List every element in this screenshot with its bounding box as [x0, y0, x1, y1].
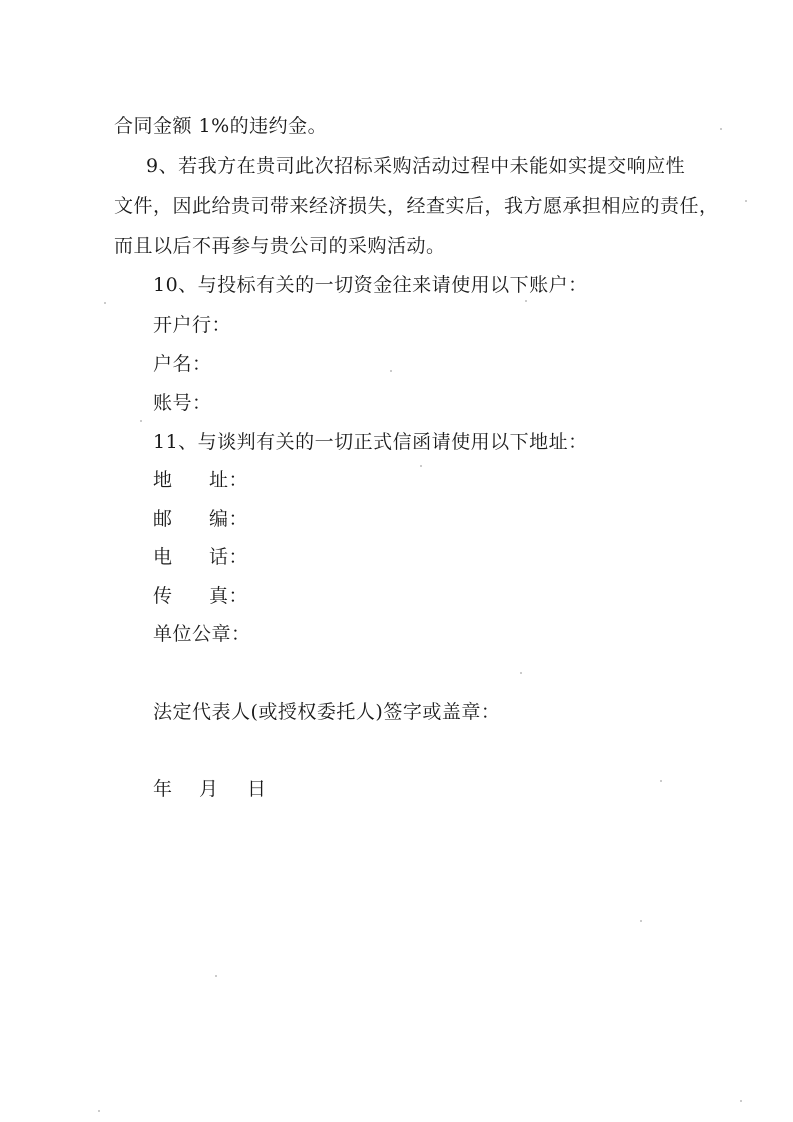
label-char-2: 真：: [209, 585, 248, 607]
scan-speck: [215, 975, 217, 977]
account-number-field-label: 账号：: [153, 391, 212, 415]
scan-speck: [420, 465, 422, 467]
date-month: 月: [199, 777, 247, 801]
label-char-2: 话：: [209, 546, 248, 568]
paragraph-8-tail: 合同金额 1%的违约金。: [114, 114, 327, 138]
scan-speck: [740, 1100, 742, 1102]
scan-speck: [98, 1110, 100, 1112]
scan-speck: [745, 200, 747, 202]
scan-speck: [520, 672, 522, 674]
scan-speck: [390, 370, 392, 372]
scan-speck: [720, 128, 722, 130]
date-year: 年: [153, 777, 199, 801]
date-day: 日: [247, 777, 267, 801]
scan-speck: [104, 302, 106, 304]
date-line: 年月日: [153, 777, 267, 801]
paragraph-9-line-2: 文件，因此给贵司带来经济损失，经查实后，我方愿承担相应的责任，: [114, 194, 719, 218]
address-field-label: 地址：: [153, 468, 248, 492]
label-char-1: 邮: [153, 507, 209, 531]
scan-speck: [525, 300, 527, 302]
scan-speck: [640, 920, 642, 922]
label-char-2: 址：: [209, 469, 248, 491]
paragraph-9-line-1: 9、若我方在贵司此次招标采购活动过程中未能如实提交响应性: [146, 154, 685, 178]
paragraph-10: 10、与投标有关的一切资金往来请使用以下账户：: [153, 273, 588, 297]
label-char-1: 电: [153, 545, 209, 569]
scan-speck: [660, 780, 662, 782]
paragraph-11: 11、与谈判有关的一切正式信函请使用以下地址：: [153, 430, 588, 454]
postcode-field-label: 邮编：: [153, 507, 248, 531]
label-char-1: 传: [153, 584, 209, 608]
seal-label: 单位公章：: [153, 622, 251, 646]
signature-label: 法定代表人(或授权委托人)签字或盖章：: [153, 700, 500, 724]
bank-field-label: 开户行：: [153, 313, 231, 337]
account-name-field-label: 户名：: [153, 352, 212, 376]
label-char-2: 编：: [209, 508, 248, 530]
fax-field-label: 传真：: [153, 584, 248, 608]
phone-field-label: 电话：: [153, 545, 248, 569]
paragraph-9-line-3: 而且以后不再参与贵公司的采购活动。: [114, 234, 446, 258]
scan-speck: [140, 420, 142, 422]
label-char-1: 地: [153, 468, 209, 492]
